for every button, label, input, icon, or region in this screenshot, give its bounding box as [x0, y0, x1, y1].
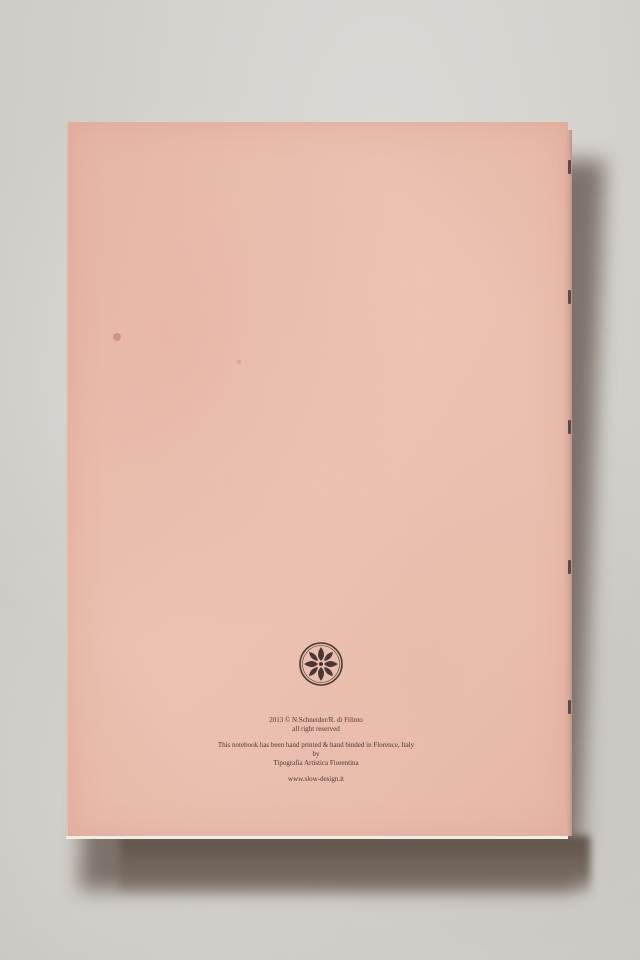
website-url: www.slow-design.it	[66, 775, 566, 784]
by-line: by	[66, 750, 566, 759]
paper-spot	[237, 360, 241, 364]
copyright-line: 2013 © N.Schneider/R. di Filinto	[66, 716, 566, 725]
notebook-shadow-bottom	[120, 836, 590, 896]
stitch	[568, 420, 571, 434]
stitch	[568, 160, 571, 174]
rights-line: all right reserved	[66, 725, 566, 734]
floral-emblem-icon	[298, 641, 344, 687]
page-edge	[66, 836, 568, 839]
colophon: 2013 © N.Schneider/R. di Filinto all rig…	[66, 716, 566, 784]
stitch	[568, 700, 571, 714]
craft-statement: This notebook has been hand printed & ha…	[66, 741, 566, 750]
stitch	[568, 560, 571, 574]
paper-spot	[113, 333, 121, 341]
stitch	[568, 290, 571, 304]
printer-name: Tipografia Artistica Fiorentina	[66, 759, 566, 768]
